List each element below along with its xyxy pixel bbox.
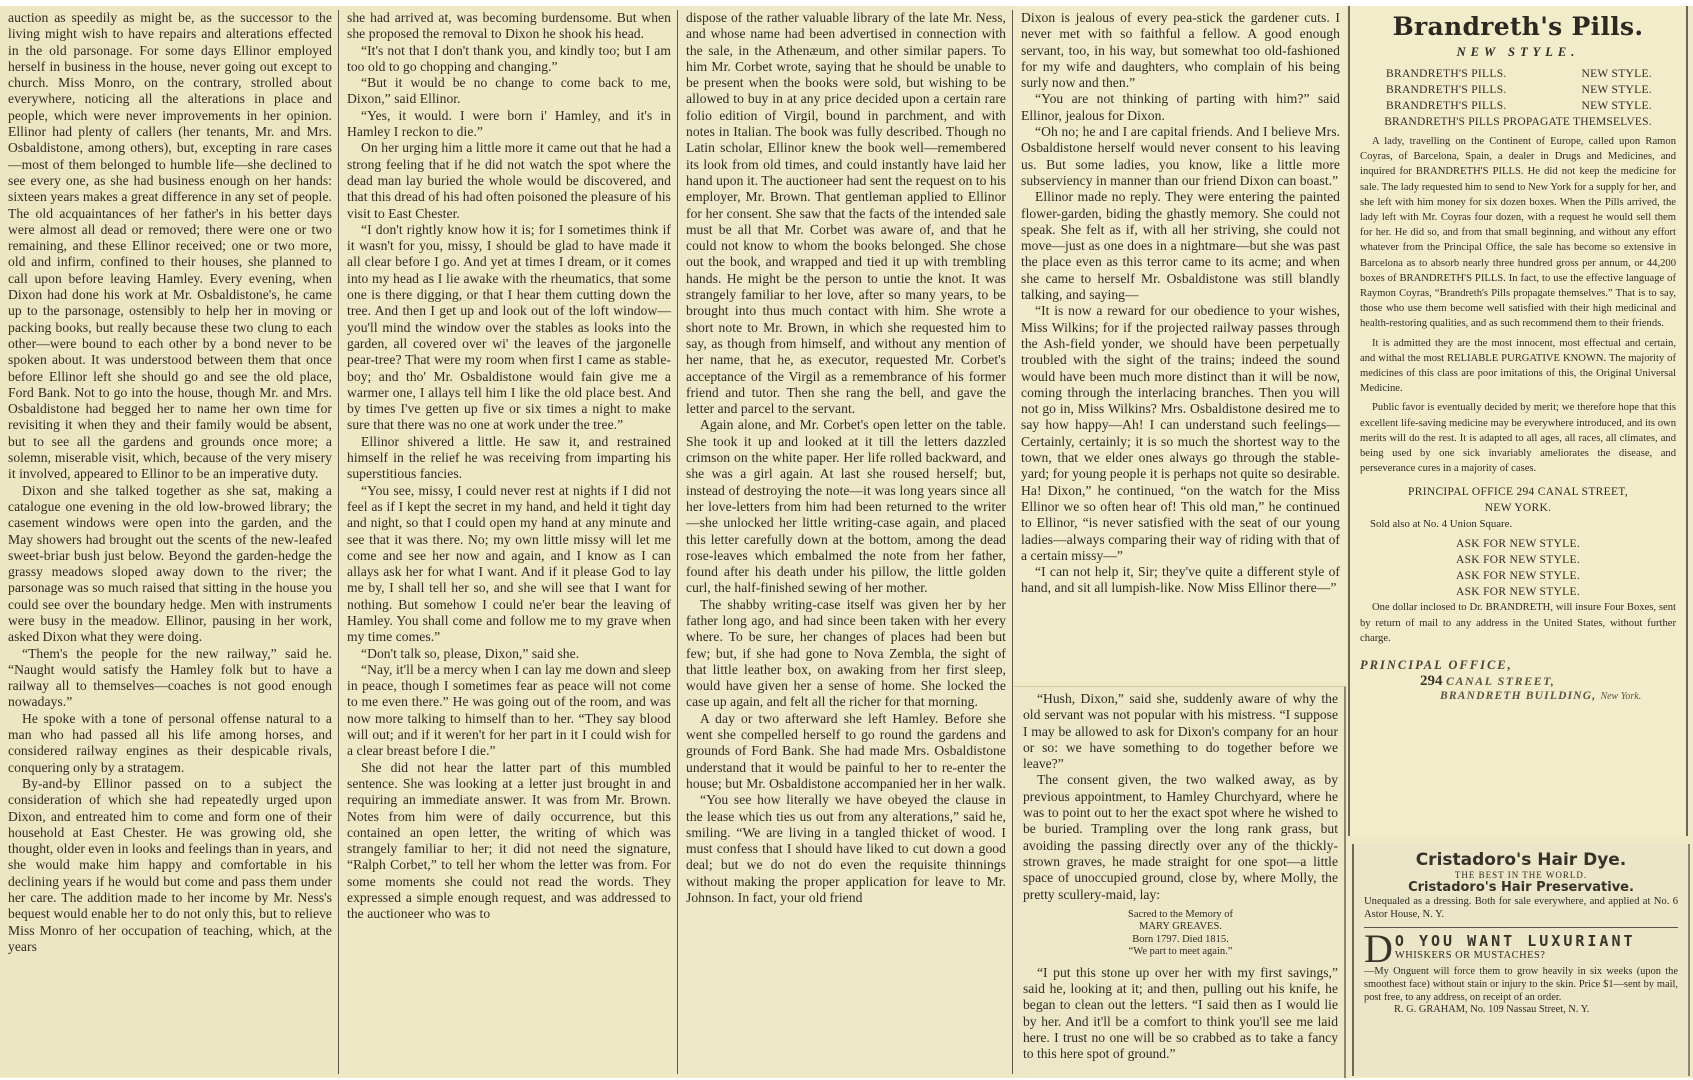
paragraph: “You are not thinking of parting with hi… xyxy=(1021,91,1340,124)
ad-tagline: THE BEST IN THE WORLD. xyxy=(1364,870,1678,880)
ad-subhead: WHISKERS OR MUSTACHES? xyxy=(1395,950,1636,963)
paragraph: He spoke with a tone of personal offense… xyxy=(8,711,332,776)
ad-body: Unequaled as a dressing. Both for sale e… xyxy=(1364,895,1678,921)
paragraph: “Them's the people for the new railway,”… xyxy=(8,646,332,711)
ad-row-left: BRANDRETH'S PILLS. xyxy=(1386,82,1507,98)
paragraph: “Nay, it'll be a mercy when I can lay me… xyxy=(347,662,671,760)
ad-row: BRANDRETH'S PILLS.NEW STYLE. xyxy=(1360,98,1676,114)
newspaper-page: auction as speedily as might be, as the … xyxy=(0,6,1693,1078)
ad-footer-heading: PRINCIPAL OFFICE, xyxy=(1360,658,1676,673)
paragraph: auction as speedily as might be, as the … xyxy=(8,10,332,483)
ad-sold-also: Sold also at No. 4 Union Square. xyxy=(1360,516,1676,532)
ad-subhead-text: WHISKERS OR MUSTACHES? xyxy=(1395,950,1545,961)
ad-office-city: NEW YORK. xyxy=(1360,500,1676,516)
paragraph: “I don't rightly know how it is; for I s… xyxy=(347,222,671,434)
advertisement-graham-whiskers: D O YOU WANT LUXURIANT WHISKERS OR MUSTA… xyxy=(1364,932,1678,1017)
ad-footer-address: 294 CANAL STREET, xyxy=(1360,673,1676,690)
article-column-4: Dixon is jealous of every pea-stick the … xyxy=(1013,6,1346,682)
paragraph: Ellinor shivered a little. He saw it, an… xyxy=(347,434,671,483)
ad-signature: R. G. GRAHAM, No. 109 Nassau Street, N. … xyxy=(1364,1004,1678,1017)
ad-row: BRANDRETH'S PILLS.NEW STYLE. xyxy=(1360,82,1676,98)
paragraph: By-and-by Ellinor passed on to a subject… xyxy=(8,776,332,955)
paragraph: “But it would be no change to come back … xyxy=(347,75,671,108)
dropcap: D xyxy=(1364,932,1393,966)
epitaph-motto: “We part to meet again.” xyxy=(1023,946,1338,959)
article-column-3: dispose of the rather valuable library o… xyxy=(678,6,1012,1076)
paragraph: “Yes, it would. I were born i' Hamley, a… xyxy=(347,108,671,141)
ad-body: —My Onguent will force them to grow heav… xyxy=(1364,966,1678,1004)
ad-ask-line: ASK FOR NEW STYLE. xyxy=(1360,536,1676,552)
paragraph: The consent given, the two walked away, … xyxy=(1023,772,1338,902)
ad-building-name: BRANDRETH BUILDING, xyxy=(1440,690,1596,702)
paragraph: Ellinor made no reply. They were enterin… xyxy=(1021,189,1340,303)
paragraph: Dixon and she talked together as she sat… xyxy=(8,483,332,646)
ad-body: A lady, travelling on the Continent of E… xyxy=(1360,134,1676,332)
ad-office: PRINCIPAL OFFICE 294 CANAL STREET, xyxy=(1360,484,1676,500)
epitaph: Sacred to the Memory of MARY GREAVES. Bo… xyxy=(1023,909,1338,959)
paragraph: she had arrived at, was becoming burdens… xyxy=(347,10,671,43)
epitaph-dates: Born 1797. Died 1815. xyxy=(1023,934,1338,947)
ad-title: Cristadoro's Hair Dye. xyxy=(1364,850,1678,870)
paragraph: “Hush, Dixon,” said she, suddenly aware … xyxy=(1023,691,1338,772)
paragraph: “It's not that I don't thank you, and ki… xyxy=(347,43,671,76)
paragraph: “It is now a reward for our obedience to… xyxy=(1021,303,1340,564)
ad-headline-text: O YOU WANT LUXURIANT xyxy=(1395,932,1636,950)
ad-row-right: NEW STYLE. xyxy=(1581,82,1652,98)
article-column-4-insert: “Hush, Dixon,” said she, suddenly aware … xyxy=(1013,686,1346,1078)
ad-row-right: NEW STYLE. xyxy=(1581,66,1652,82)
ad-row-left: BRANDRETH'S PILLS. xyxy=(1386,66,1507,82)
epitaph-line: Sacred to the Memory of xyxy=(1023,909,1338,922)
ad-body: Public favor is eventually decided by me… xyxy=(1360,400,1676,476)
paragraph: Again alone, and Mr. Corbet's open lette… xyxy=(686,417,1006,596)
ad-propagate-line: BRANDRETH'S PILLS PROPAGATE THEMSELVES. xyxy=(1360,114,1676,130)
paragraph: “Don't talk so, please, Dixon,” said she… xyxy=(347,646,671,662)
ad-row: BRANDRETH'S PILLS.NEW STYLE. xyxy=(1360,66,1676,82)
paragraph: “Oh no; he and I are capital friends. An… xyxy=(1021,124,1340,189)
advertisement-brandreths-pills: Brandreth's Pills. NEW STYLE. BRANDRETH'… xyxy=(1348,6,1688,836)
epitaph-name: MARY GREAVES. xyxy=(1023,921,1338,934)
ad-divider xyxy=(1364,927,1678,928)
paragraph: She did not hear the latter part of this… xyxy=(347,760,671,923)
ad-dollar-offer: One dollar inclosed to Dr. BRANDRETH, wi… xyxy=(1360,600,1676,646)
ad-subtitle: NEW STYLE. xyxy=(1360,45,1676,60)
advertisement-cristadoro-hair-dye: Cristadoro's Hair Dye. THE BEST IN THE W… xyxy=(1352,844,1690,1076)
paragraph: “I can not help it, Sir; they've quite a… xyxy=(1021,564,1340,597)
ad-ask-line: ASK FOR NEW STYLE. xyxy=(1360,584,1676,600)
ad-footer-building: BRANDRETH BUILDING, New York. xyxy=(1360,690,1676,702)
article-column-2: she had arrived at, was becoming burdens… xyxy=(339,6,677,1076)
ad-subtitle: Cristadoro's Hair Preservative. xyxy=(1364,880,1678,895)
paragraph: Dixon is jealous of every pea-stick the … xyxy=(1021,10,1340,91)
ad-street-number: 294 xyxy=(1420,673,1443,689)
article-column-1: auction as speedily as might be, as the … xyxy=(0,6,338,1076)
ad-ask-line: ASK FOR NEW STYLE. xyxy=(1360,552,1676,568)
ad-headline: D O YOU WANT LUXURIANT WHISKERS OR MUSTA… xyxy=(1364,932,1678,966)
ad-body: It is admitted they are the most innocen… xyxy=(1360,336,1676,397)
ad-street-name: CANAL STREET, xyxy=(1446,674,1555,688)
paragraph: dispose of the rather valuable library o… xyxy=(686,10,1006,417)
ad-ask-line: ASK FOR NEW STYLE. xyxy=(1360,568,1676,584)
paragraph: “You see, missy, I could never rest at n… xyxy=(347,483,671,646)
ad-title: Brandreth's Pills. xyxy=(1360,12,1676,41)
ad-city: New York. xyxy=(1600,691,1641,702)
ad-row-right: NEW STYLE. xyxy=(1581,98,1652,114)
paragraph: On her urging him a little more it came … xyxy=(347,140,671,221)
paragraph: “You see how literally we have obeyed th… xyxy=(686,792,1006,906)
ad-row-left: BRANDRETH'S PILLS. xyxy=(1386,98,1507,114)
paragraph: The shabby writing-case itself was given… xyxy=(686,597,1006,711)
paragraph: A day or two afterward she left Hamley. … xyxy=(686,711,1006,792)
paragraph: “I put this stone up over her with my fi… xyxy=(1023,965,1338,1063)
